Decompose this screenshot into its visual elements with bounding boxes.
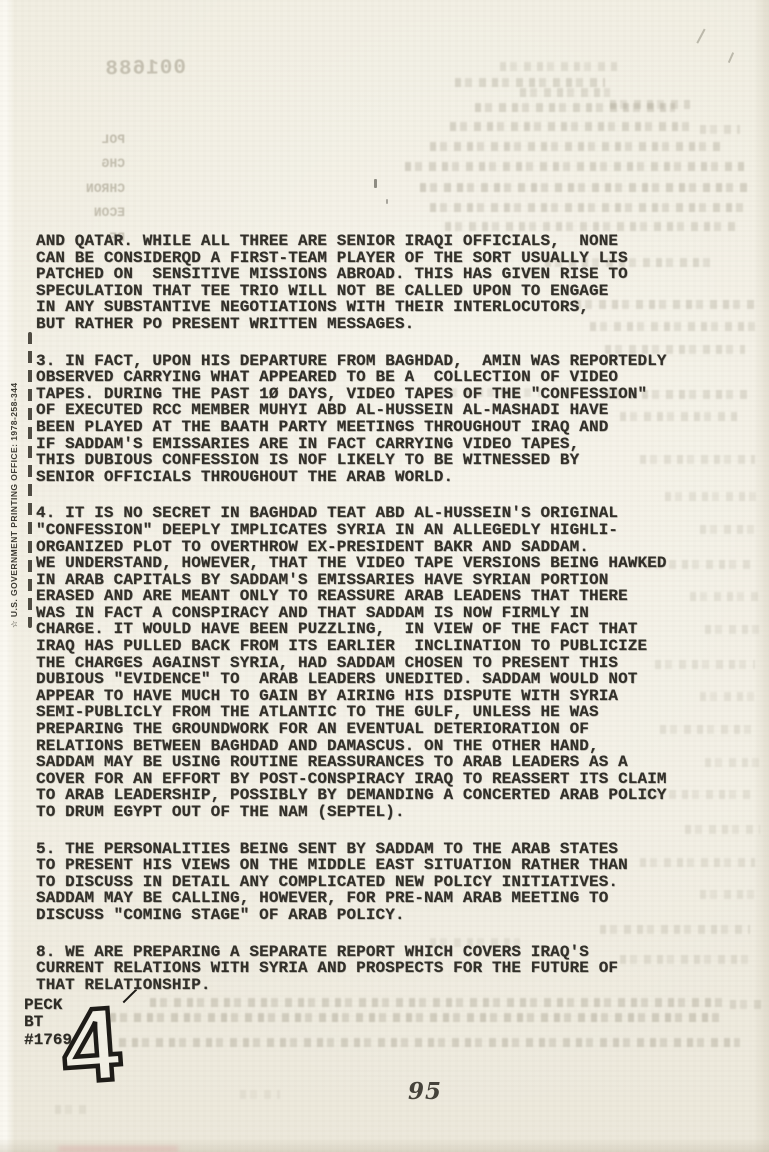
routing-code-chron: CHRON [59,177,125,201]
scratch-mark [696,29,705,44]
bleedthrough-smudge [520,88,610,97]
binding-dash-marks [28,332,32,628]
ink-speck [386,199,388,204]
bleedthrough-smudge [455,78,605,87]
stamp-numeral-glyph: 4 [58,988,124,1095]
paragraph-3: 3. IN FACT, UPON HIS DEPARTURE FROM BAGH… [36,353,726,486]
scan-edge-shadow-right [753,0,769,1152]
bleedthrough-smudge [700,125,740,134]
pink-edge-smear [58,1146,178,1152]
paragraph-2-continuation: AND QATAR. WHILE ALL THREE ARE SENIOR IR… [36,233,726,333]
scanned-cable-page: 001688 POL CHG CHRON ECON RF ☆ U.S. GOVE… [0,0,769,1152]
bleedthrough-smudge [500,62,620,71]
bleedthrough-smudge [430,142,720,151]
paragraph-5: 5. THE PERSONALITIES BEING SENT BY SADDA… [36,841,726,924]
bleedthrough-smudge [445,222,735,231]
page-number: 95 [408,1078,442,1105]
routing-code-econ: ECON [59,201,125,225]
bleedthrough-smudge [420,183,750,192]
bleedthrough-smudge [610,100,690,109]
bleedthrough-smudge [95,1038,740,1047]
routing-code-pol: POL [59,128,125,152]
cable-body-text: AND QATAR. WHILE ALL THREE ARE SENIOR IR… [36,233,726,1013]
bleedthrough-smudge [405,162,745,171]
bleedthrough-smudge [450,122,690,131]
stamp-numeral-4-icon: 4 [45,988,162,1095]
paragraph-6: 8. WE ARE PREPARING A SEPARATE REPORT WH… [36,944,726,994]
gpo-margin-imprint: ☆ U.S. GOVERNMENT PRINTING OFFICE: 1978-… [9,328,22,628]
bleedthrough-smudge [240,1090,280,1099]
bleedthrough-smudge [110,1013,720,1022]
paragraph-4: 4. IT IS NO SECRET IN BAGHDAD TEAT ABD A… [36,505,726,820]
bleedthrough-smudge [55,1105,90,1114]
bleedthrough-serial-number: 001688 [74,57,186,82]
ink-speck [374,179,377,188]
routing-code-chg: CHG [59,152,125,176]
scratch-mark [728,52,734,63]
bleedthrough-smudge [475,103,675,112]
bleedthrough-smudge [430,203,750,212]
